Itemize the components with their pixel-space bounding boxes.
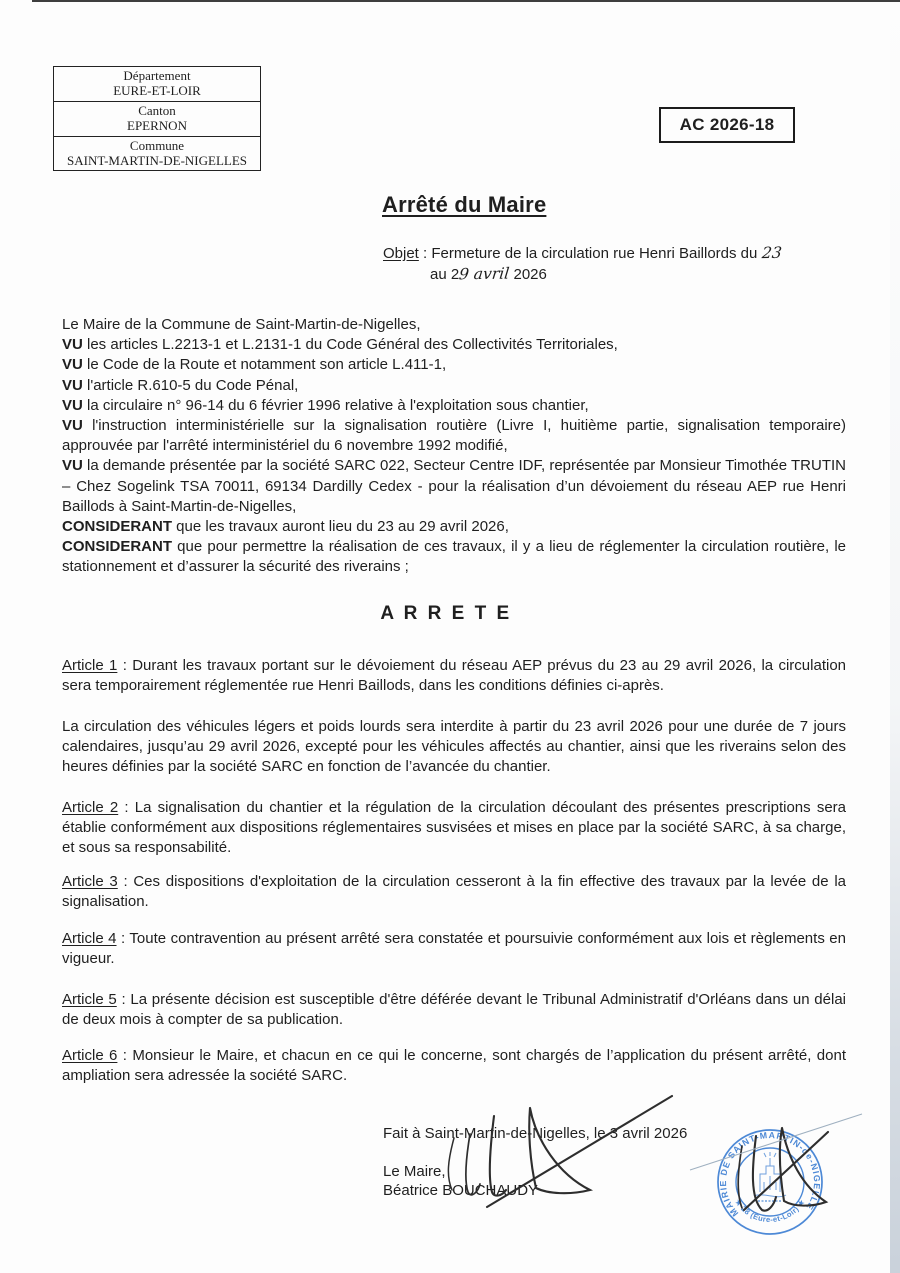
article-label: Article 2 [62,799,118,816]
article-label: Article 4 [62,930,117,947]
vu-keyword: VU [62,457,83,474]
preamble-line: CONSIDERANT que les travaux auront lieu … [62,517,846,537]
article-text: : Monsieur le Maire, et chacun en ce qui… [62,1047,846,1084]
admin-row-canton: Canton EPERNON [54,101,260,136]
preamble-line: VU les articles L.2213-1 et L.2131-1 du … [62,335,846,355]
signature-cross-stroke [487,1096,672,1207]
scan-right-edge [890,0,900,1273]
article-text: : La signalisation du chantier et la rég… [62,799,846,856]
objet-text: Fermeture de la circulation rue Henri Ba… [431,245,761,262]
vu-keyword: VU [62,397,83,414]
admin-value: SAINT-MARTIN-DE-NIGELLES [56,153,258,168]
admin-label: Département [56,68,258,83]
preamble-text: l'article R.610-5 du Code Pénal, [83,377,299,394]
admin-value: EURE-ET-LOIR [56,83,258,98]
article-text: : Ces dispositions d'exploitation de la … [62,873,846,910]
handwritten-end-date: 9 avril [458,264,510,286]
objet-block: Objet : Fermeture de la circulation rue … [383,243,781,285]
preamble-line: VU l'article R.610-5 du Code Pénal, [62,376,846,396]
objet-text: 2026 [509,266,547,283]
objet-separator: : [419,245,432,262]
admin-row-departement: Département EURE-ET-LOIR [54,67,260,101]
article-label: Article 5 [62,991,117,1008]
preamble-text: que pour permettre la réalisation de ces… [62,538,846,575]
objet-label: Objet [383,245,419,262]
reference-number: AC 2026-18 [680,115,775,134]
preamble-line: VU le Code de la Route et notamment son … [62,355,846,375]
article-text: : Toute contravention au présent arrêté … [62,930,846,967]
preamble-line: VU l'instruction interministérielle sur … [62,416,846,456]
vu-keyword: VU [62,356,83,373]
scan-top-edge [32,0,900,2]
preamble-text: le Code de la Route et notamment son art… [83,356,446,373]
document-title: Arrêté du Maire [382,192,546,218]
article-text: La circulation des véhicules légers et p… [62,718,846,775]
considerant-keyword: CONSIDERANT [62,538,172,555]
article-paragraph: Article 2 : La signalisation du chantier… [62,798,846,859]
preamble-text: Le Maire de la Commune de Saint-Martin-d… [62,316,421,333]
vu-keyword: VU [62,417,83,434]
admin-label: Commune [56,138,258,153]
preamble-text: l'instruction interministérielle sur la … [62,417,846,454]
article-label: Article 6 [62,1047,117,1064]
considerant-keyword: CONSIDERANT [62,518,172,535]
admin-row-commune: Commune SAINT-MARTIN-DE-NIGELLES [54,136,260,171]
article-paragraph: Article 3 : Ces dispositions d'exploitat… [62,872,846,912]
signature-faint-stroke [690,1114,862,1170]
preamble-text: les articles L.2213-1 et L.2131-1 du Cod… [83,336,618,353]
preamble-line: VU la circulaire n° 96-14 du 6 février 1… [62,396,846,416]
objet-line-1: Objet : Fermeture de la circulation rue … [383,243,781,264]
preamble: Le Maire de la Commune de Saint-Martin-d… [62,315,846,578]
admin-header-box: Département EURE-ET-LOIR Canton EPERNON … [53,66,261,171]
admin-label: Canton [56,103,258,118]
article-label: Article 3 [62,873,118,890]
reference-box: AC 2026-18 [659,107,795,143]
preamble-text: la circulaire n° 96-14 du 6 février 1996… [83,397,589,414]
handwritten-start-day: 23 [760,243,782,264]
arrete-heading: A R R E T E [0,603,892,625]
preamble-line: VU la demande présentée par la société S… [62,456,846,517]
preamble-text: la demande présentée par la société SARC… [62,457,846,514]
preamble-line: CONSIDERANT que pour permettre la réalis… [62,537,846,577]
article-text: : Durant les travaux portant sur le dévo… [62,657,846,694]
article-text: : La présente décision est susceptible d… [62,991,846,1028]
objet-text: au 2 [430,266,459,283]
vu-keyword: VU [62,336,83,353]
scanned-decree-page: Département EURE-ET-LOIR Canton EPERNON … [0,0,900,1273]
vu-keyword: VU [62,377,83,394]
article-paragraph: Article 5 : La présente décision est sus… [62,990,846,1030]
article-paragraph: Article 4 : Toute contravention au prése… [62,929,846,969]
preamble-text: que les travaux auront lieu du 23 au 29 … [172,518,509,535]
handwritten-signature [430,1080,890,1250]
article-label: Article 1 [62,657,117,674]
objet-line-2: au 29 avril 2026 [383,264,781,285]
preamble-line: Le Maire de la Commune de Saint-Martin-d… [62,315,846,335]
article-paragraph: Article 1 : Durant les travaux portant s… [62,656,846,696]
admin-value: EPERNON [56,118,258,133]
article-paragraph: La circulation des véhicules légers et p… [62,717,846,778]
